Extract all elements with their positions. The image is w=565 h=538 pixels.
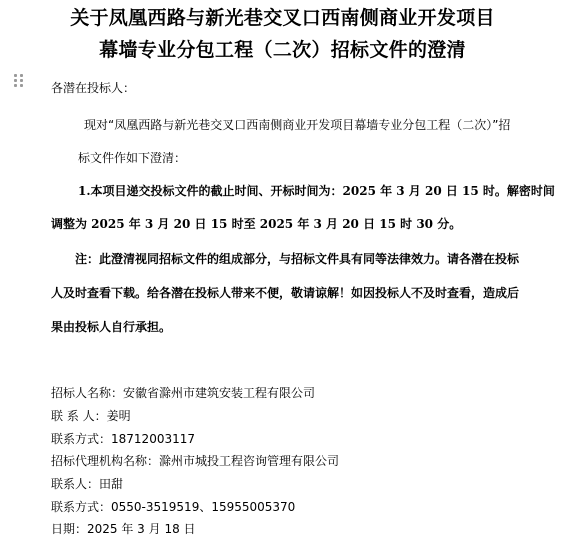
agency-phone-label: 联系方式： xyxy=(51,500,111,514)
drag-dot xyxy=(14,74,17,77)
tenderer-contact-label: 联 系 人： xyxy=(51,409,107,423)
note-line-2: 人及时查看下载。给各潜在投标人带来不便，敬请谅解！如因投标人不及时查看，造成后 xyxy=(51,285,519,301)
tenderer-phone-value: 18712003117 xyxy=(111,432,195,446)
drag-dot xyxy=(14,84,17,87)
clarification-item-1-line-2: 调整为 2025 年 3 月 20 日 15 时至 2025 年 3 月 20 … xyxy=(51,216,461,232)
note-line-3: 果由投标人自行承担。 xyxy=(51,319,171,335)
drag-dot xyxy=(20,74,23,77)
document-title-line-2: 幕墙专业分包工程（二次）招标文件的澄清 xyxy=(0,38,565,62)
drag-dot xyxy=(20,84,23,87)
drag-dot xyxy=(14,79,17,82)
date-row: 日期：2025 年 3 月 18 日 xyxy=(51,521,196,537)
tenderer-name-row: 招标人名称：安徽省滁州市建筑安装工程有限公司 xyxy=(51,385,315,401)
agency-contact-row: 联系人：田甜 xyxy=(51,476,123,492)
agency-phone-row: 联系方式：0550-3519519、15955005370 xyxy=(51,499,295,515)
document-title-line-1: 关于凤凰西路与新光巷交叉口西南侧商业开发项目 xyxy=(0,6,565,30)
agency-name-row: 招标代理机构名称：滁州市城投工程咨询管理有限公司 xyxy=(51,453,339,469)
greeting: 各潜在投标人： xyxy=(51,80,135,96)
intro-paragraph-line-1: 现对“凤凰西路与新光巷交叉口西南侧商业开发项目幕墙专业分包工程（二次）”招 xyxy=(84,117,510,133)
agency-contact-value: 田甜 xyxy=(99,477,123,491)
date-label: 日期： xyxy=(51,522,87,536)
tenderer-phone-label: 联系方式： xyxy=(51,432,111,446)
clarification-item-1-line-1: 1.本项目递交投标文件的截止时间、开标时间为：2025 年 3 月 20 日 1… xyxy=(78,183,555,199)
date-value: 2025 年 3 月 18 日 xyxy=(87,522,196,536)
agency-contact-label: 联系人： xyxy=(51,477,99,491)
intro-paragraph-line-2: 标文件作如下澄清： xyxy=(78,150,186,166)
drag-handle-icon[interactable] xyxy=(14,74,23,88)
agency-phone-value: 0550-3519519、15955005370 xyxy=(111,500,295,514)
agency-name-label: 招标代理机构名称： xyxy=(51,454,159,468)
tenderer-contact-row: 联 系 人：姜明 xyxy=(51,408,131,424)
tenderer-contact-value: 姜明 xyxy=(107,409,131,423)
drag-dot xyxy=(20,79,23,82)
agency-name-value: 滁州市城投工程咨询管理有限公司 xyxy=(159,454,339,468)
tenderer-name-label: 招标人名称： xyxy=(51,386,123,400)
tenderer-name-value: 安徽省滁州市建筑安装工程有限公司 xyxy=(123,386,315,400)
tenderer-phone-row: 联系方式：18712003117 xyxy=(51,431,195,447)
note-line-1: 注：此澄清视同招标文件的组成部分，与招标文件具有同等法律效力。请各潜在投标 xyxy=(75,251,519,267)
